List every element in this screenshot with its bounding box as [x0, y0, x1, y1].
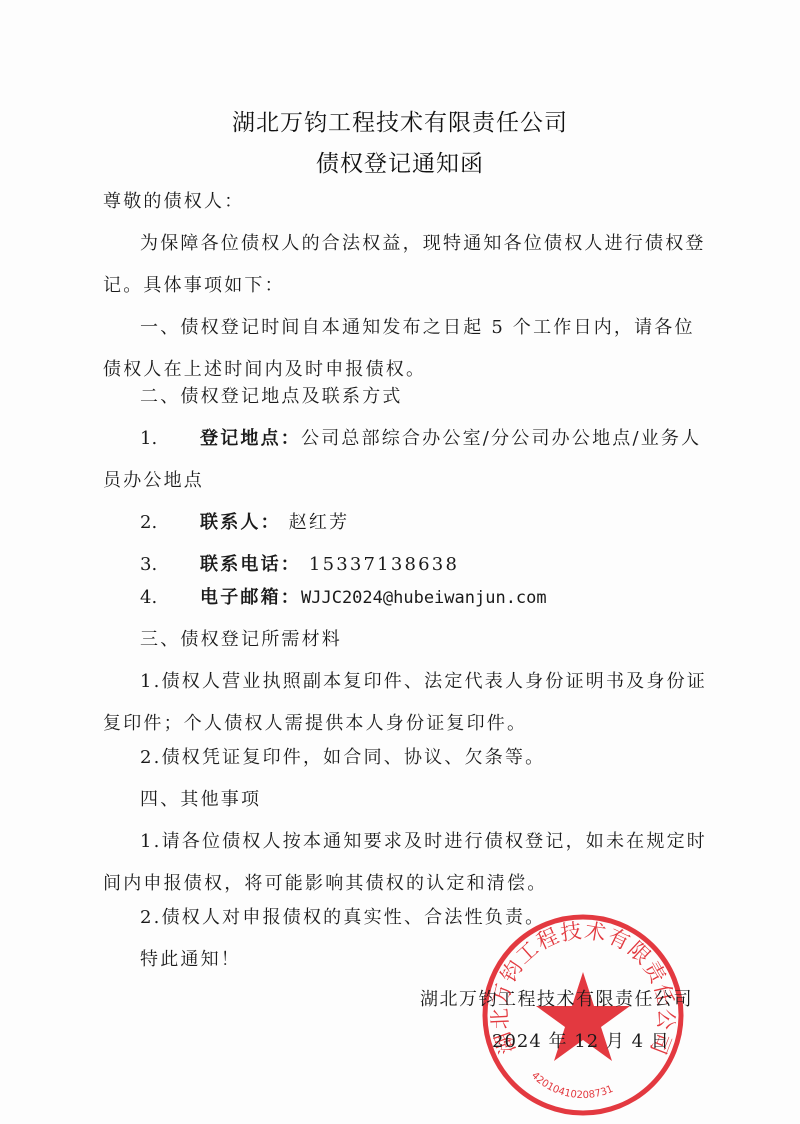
- section4-item1-line-1: 1.请各位债权人按本通知要求及时进行债权登记，如未在规定时: [140, 830, 707, 854]
- company-seal-stamp: 湖北万钧工程技术有限责任公司 42010410208731: [478, 910, 688, 1120]
- phone-value: 15337138638: [301, 554, 459, 575]
- section2-heading: 二、债权登记地点及联系方式: [140, 385, 403, 409]
- document-title: 债权登记通知函: [0, 145, 800, 178]
- contact-item-person: 2.联系人： 赵红芳: [140, 511, 349, 535]
- seal-code: 42010410208731: [529, 1070, 615, 1101]
- document-page: 湖北万钧工程技术有限责任公司 债权登记通知函 尊敬的债权人： 为保障各位债权人的…: [0, 0, 800, 1124]
- item-number: 4.: [140, 586, 200, 610]
- closing-statement: 特此通知！: [140, 948, 241, 972]
- contact-item-email: 4.电子邮箱：WJJC2024@hubeiwanjun.com: [140, 586, 547, 610]
- intro-line-1: 为保障各位债权人的合法权益，现特通知各位债权人进行债权登: [140, 232, 706, 256]
- contact-item-location: 1.登记地点：公司总部综合办公室/分公司办公地点/业务人: [140, 427, 701, 451]
- company-heading: 湖北万钧工程技术有限责任公司: [0, 104, 800, 137]
- item-number: 3.: [140, 553, 200, 577]
- item-number: 2.: [140, 511, 200, 535]
- svg-text:42010410208731: 42010410208731: [529, 1070, 615, 1101]
- contact-item-phone: 3.联系电话： 15337138638: [140, 553, 459, 577]
- intro-line-2: 记。具体事项如下：: [103, 274, 285, 298]
- section1-line-2: 债权人在上述时间内及时申报债权。: [103, 358, 426, 382]
- email-value: WJJC2024@hubeiwanjun.com: [301, 588, 547, 608]
- location-label: 登记地点：: [200, 428, 301, 449]
- section3-item1-line-2: 复印件；个人债权人需提供本人身份证复印件。: [103, 712, 527, 736]
- section1-line-1: 一、债权登记时间自本通知发布之日起 5 个工作日内，请各位: [140, 316, 695, 340]
- section4-item1-line-2: 间内申报债权，将可能影响其债权的认定和清偿。: [103, 872, 547, 896]
- contact-person-label: 联系人：: [200, 512, 281, 533]
- email-label: 电子邮箱：: [200, 587, 301, 608]
- salutation: 尊敬的债权人：: [103, 190, 244, 214]
- location-continuation: 员办公地点: [103, 469, 204, 493]
- section3-item2: 2.债权凭证复印件，如合同、协议、欠条等。: [140, 746, 545, 770]
- contact-person-value: 赵红芳: [281, 512, 350, 533]
- location-value: 公司总部综合办公室/分公司办公地点/业务人: [301, 428, 701, 449]
- phone-label: 联系电话：: [200, 554, 301, 575]
- signature-company: 湖北万钧工程技术有限责任公司: [420, 988, 693, 1012]
- signature-date: 2024 年 12 月 4 日: [492, 1030, 670, 1054]
- section3-item1-line-1: 1.债权人营业执照副本复印件、法定代表人身份证明书及身份证: [140, 670, 707, 694]
- section4-heading: 四、其他事项: [140, 788, 261, 812]
- section3-heading: 三、债权登记所需材料: [140, 628, 342, 652]
- item-number: 1.: [140, 427, 200, 451]
